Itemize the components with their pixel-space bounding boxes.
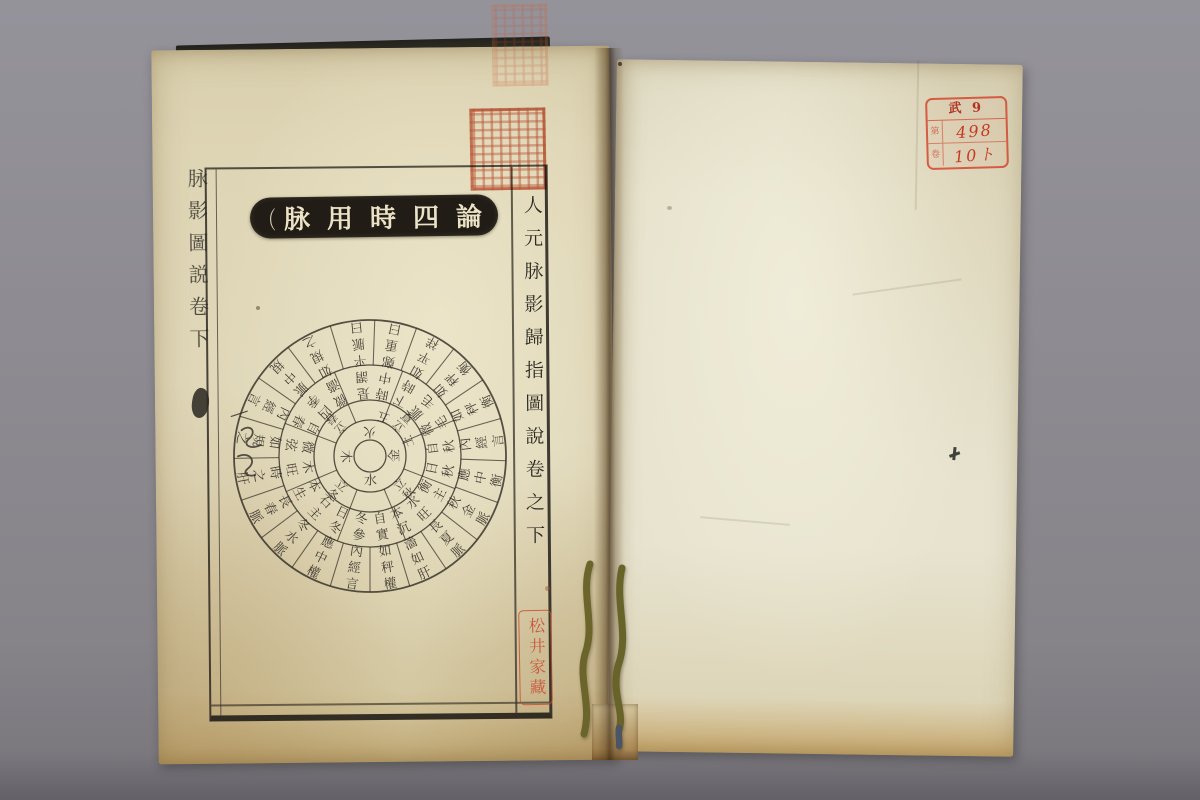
wheel-sector-line [234, 458, 279, 459]
svg-text:木: 木 [337, 450, 353, 463]
frame-inner-rule [216, 169, 222, 715]
photo-background: 脉影圖説卷下 （ 脉用時四論 ） 是謂平脈曰時中鄭重曰下時如平祥脈毛如秤衡微毛如… [0, 0, 1200, 800]
foxing-speck [256, 306, 260, 310]
svg-text:內: 內 [349, 544, 364, 561]
svg-text:言: 言 [344, 576, 359, 593]
ink-mark [946, 445, 963, 464]
svg-text:重: 重 [384, 336, 400, 353]
wheel-sector-line [369, 547, 371, 592]
wheel-radial-text: 冬參內經言 [344, 511, 368, 593]
season-pulse-wheel-svg: 是謂平脈曰時中鄭重曰下時如平祥脈毛如秤衡微毛如秤衡自秋內經言日秋應中衡衡主秋金脈… [228, 314, 513, 599]
volume-number: 10ト [943, 140, 1008, 168]
svg-text:內: 內 [458, 437, 474, 452]
svg-text:曰: 曰 [349, 319, 364, 335]
svg-text:金: 金 [386, 449, 402, 462]
svg-text:言: 言 [491, 433, 507, 448]
wheel-radial-text: 木 [337, 450, 353, 463]
svg-text:言: 言 [244, 390, 263, 408]
svg-text:曰: 曰 [387, 320, 403, 337]
svg-text:時: 時 [266, 465, 284, 481]
stamp-row-number: 第 498 [928, 119, 1007, 143]
volume-caption: 人元脉影歸指圖說卷之下 [514, 176, 549, 576]
wheel-radial-text: 五 [375, 409, 391, 426]
svg-text:土: 土 [399, 433, 417, 450]
svg-text:肝: 肝 [233, 471, 250, 486]
title-cap-left: （ [259, 200, 276, 235]
wheel-radial-text: 是謂平脈曰 [349, 319, 370, 401]
svg-text:應: 應 [457, 466, 474, 483]
svg-text:弦: 弦 [282, 437, 299, 453]
call-number: 498 [942, 119, 1006, 143]
svg-text:經: 經 [474, 435, 490, 450]
svg-text:是: 是 [356, 384, 371, 400]
frame-bottom-rule [211, 702, 549, 707]
svg-text:自: 自 [425, 441, 441, 456]
season-pulse-wheel: 是謂平脈曰時中鄭重曰下時如平祥脈毛如秤衡微毛如秤衡自秋內經言日秋應中衡衡主秋金脈… [228, 314, 513, 599]
wheel-sector-line [372, 320, 375, 365]
wheel-sector-line [330, 326, 343, 369]
collection-seal [469, 107, 546, 190]
stamp-row-label: 第 [928, 121, 944, 143]
svg-text:水: 水 [364, 472, 377, 488]
svg-text:平: 平 [353, 351, 368, 367]
binding-strings [570, 552, 648, 752]
svg-text:如: 如 [378, 543, 393, 560]
svg-text:中: 中 [377, 368, 393, 386]
library-stamp: 武 9 第 498 卷 10ト [925, 96, 1009, 170]
svg-text:微: 微 [298, 440, 316, 455]
svg-text:參: 參 [351, 526, 366, 544]
svg-text:火: 火 [363, 423, 376, 439]
wheel-radial-text: 自秋內經言 [425, 433, 507, 456]
svg-text:實: 實 [375, 527, 391, 544]
wheel-radial-text: 時中鄭重曰 [374, 320, 402, 403]
wheel-radial-text: 金 [386, 449, 402, 462]
wheel-radial-text: 日秋應中衡 [424, 459, 506, 488]
wheel-sector-line [350, 490, 358, 509]
owner-seal-text: 松井家藏 [523, 616, 548, 698]
svg-text:鄭: 鄭 [381, 352, 397, 369]
svg-text:脈: 脈 [351, 335, 366, 351]
binding-string-tip [619, 728, 620, 746]
binding-string-right [616, 568, 623, 730]
svg-text:衡: 衡 [478, 392, 497, 410]
wheel-sector-line [461, 458, 506, 461]
wheel-radial-text: 火 [363, 423, 376, 439]
svg-text:秤: 秤 [380, 560, 395, 577]
chapter-title-text: 脉用時四論 [276, 196, 500, 236]
stamp-row-label: 卷 [928, 144, 944, 166]
wheel-radial-text: 微弦如規之 [233, 430, 316, 455]
svg-text:日: 日 [424, 460, 441, 476]
svg-text:如: 如 [266, 435, 283, 450]
faded-edge-seal [491, 4, 548, 87]
foxing-speck [667, 206, 672, 210]
svg-text:秋: 秋 [439, 463, 457, 479]
svg-text:自: 自 [372, 511, 387, 528]
stamp-row-volume: 卷 10ト [928, 141, 1007, 166]
chapter-title-bar: （ 脉用時四論 ） [250, 194, 499, 238]
svg-text:衡: 衡 [489, 473, 506, 489]
svg-text:權: 權 [383, 575, 398, 593]
stamp-header: 武 9 [927, 98, 1006, 121]
foxing-speck [618, 62, 622, 66]
svg-text:謂: 謂 [354, 368, 369, 384]
wheel-radial-text: 土 [399, 433, 417, 450]
svg-text:肝: 肝 [416, 564, 434, 583]
wheel-sector-line [318, 470, 337, 478]
svg-text:時: 時 [374, 385, 390, 403]
svg-text:冬: 冬 [354, 511, 369, 528]
svg-text:五: 五 [375, 409, 391, 426]
wheel-sector-line [384, 489, 392, 508]
svg-text:中: 中 [472, 470, 490, 486]
wheel-sector-line [404, 469, 423, 477]
svg-text:旺: 旺 [282, 462, 299, 477]
wheel-sector-line [329, 543, 344, 586]
svg-text:木: 木 [298, 459, 316, 475]
foxing-speck [545, 586, 550, 591]
wheel-sector-line [348, 404, 356, 423]
svg-text:秋: 秋 [441, 439, 458, 454]
wheel-radial-text: 水 [364, 472, 377, 488]
owner-seal: 松井家藏 [518, 610, 553, 706]
binding-string-left [583, 564, 590, 734]
wheel-circle [354, 440, 387, 473]
svg-text:經: 經 [347, 560, 362, 577]
wheel-sector-line [318, 436, 337, 444]
